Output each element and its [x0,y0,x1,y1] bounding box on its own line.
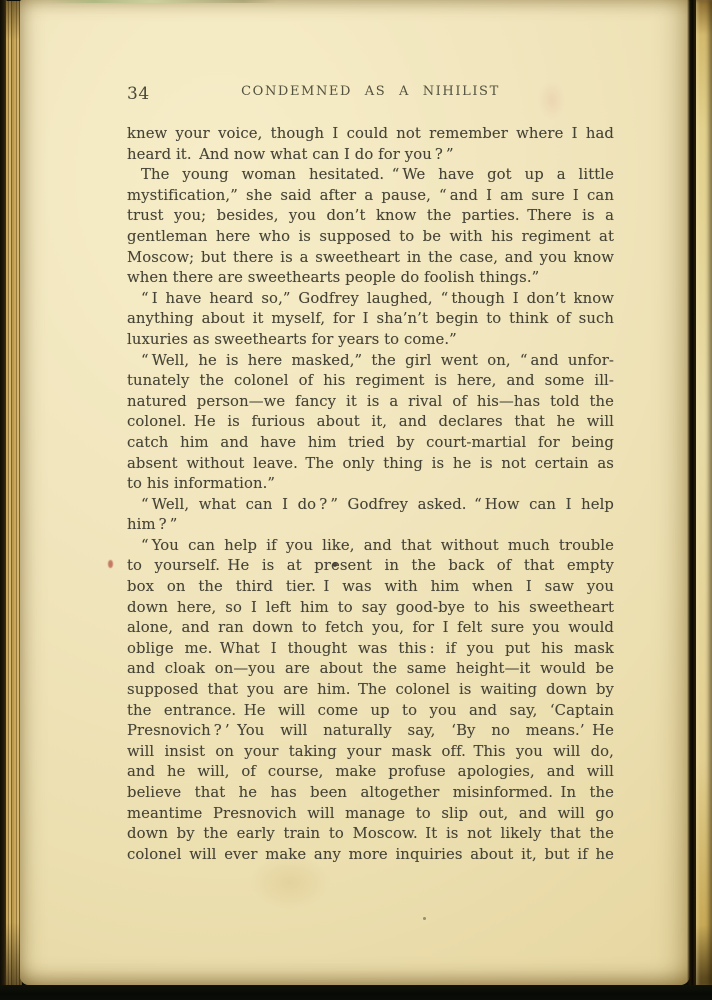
text-line: knew your voice, though I could not reme… [127,124,614,145]
text-line: Moscow; but there is a sweetheart in the… [127,248,614,269]
text-line: anything about it myself, for I sha’n’t … [127,309,614,330]
text-line: natured person—we fancy it is a rival of… [127,392,614,413]
paper-smudge [538,80,566,120]
text-line: meantime Presnovich will manage to slip … [127,804,614,825]
text-line: trust you; besides, you don’t know the p… [127,206,614,227]
text-line: The young woman hesitated. “ We have got… [127,165,614,186]
text-line: colonel. He is furious about it, and dec… [127,412,614,433]
text-line: absent without leave. The only thing is … [127,454,614,475]
text-line: “ Well, what can I do ? ” Godfrey asked.… [127,495,614,516]
page-top-highlight [48,0,278,3]
text-line: supposed that you are him. The colonel i… [127,680,614,701]
text-line: “ Well, he is here masked,” the girl wen… [127,351,614,372]
scanned-book-page: 34 CONDEMNED AS A NIHILIST knew your voi… [0,0,712,1000]
text-line: down by the early train to Moscow. It is… [127,824,614,845]
paper-stain [250,855,330,910]
text-line: catch him and have him tried by court-ma… [127,433,614,454]
text-line: alone, and ran down to fetch you, for I … [127,618,614,639]
text-line: Presnovich ? ’ You will naturally say, ‘… [127,721,614,742]
text-line: colonel will ever make any more inquirie… [127,845,614,866]
text-line: to his information.” [127,474,614,495]
text-line: down here, so I left him to say good-bye… [127,598,614,619]
text-line: “ You can help if you like, and that wit… [127,536,614,557]
text-line: luxuries as sweethearts for years to com… [127,330,614,351]
ink-blot [333,562,337,567]
text-line: box on the third tier. I was with him wh… [127,577,614,598]
text-line: “ I have heard so,” Godfrey laughed, “ t… [127,289,614,310]
text-line: the entrance. He will come up to you and… [127,701,614,722]
text-line: mystification,” she said after a pause, … [127,186,614,207]
text-line: and cloak on—you are about the same heig… [127,659,614,680]
page-text: knew your voice, though I could not reme… [127,124,614,865]
page-edge-right [696,0,712,986]
text-line: oblige me. What I thought was this : if … [127,639,614,660]
text-line: believe that he has been altogether misi… [127,783,614,804]
paper-speck [108,560,113,568]
text-line: heard it. And now what can I do for you … [127,145,614,166]
text-line: him ? ” [127,515,614,536]
text-line: when there are sweethearts people do foo… [127,268,614,289]
page-number: 34 [127,84,150,104]
text-line: will insist on your taking your mask off… [127,742,614,763]
paper-dot [423,917,426,920]
text-line: to yourself. He is at present in the bac… [127,556,614,577]
text-line: gentleman here who is supposed to be wit… [127,227,614,248]
text-line: and he will, of course, make profuse apo… [127,762,614,783]
book-cover-bottom [0,985,712,1000]
text-line: tunately the colonel of his regiment is … [127,371,614,392]
